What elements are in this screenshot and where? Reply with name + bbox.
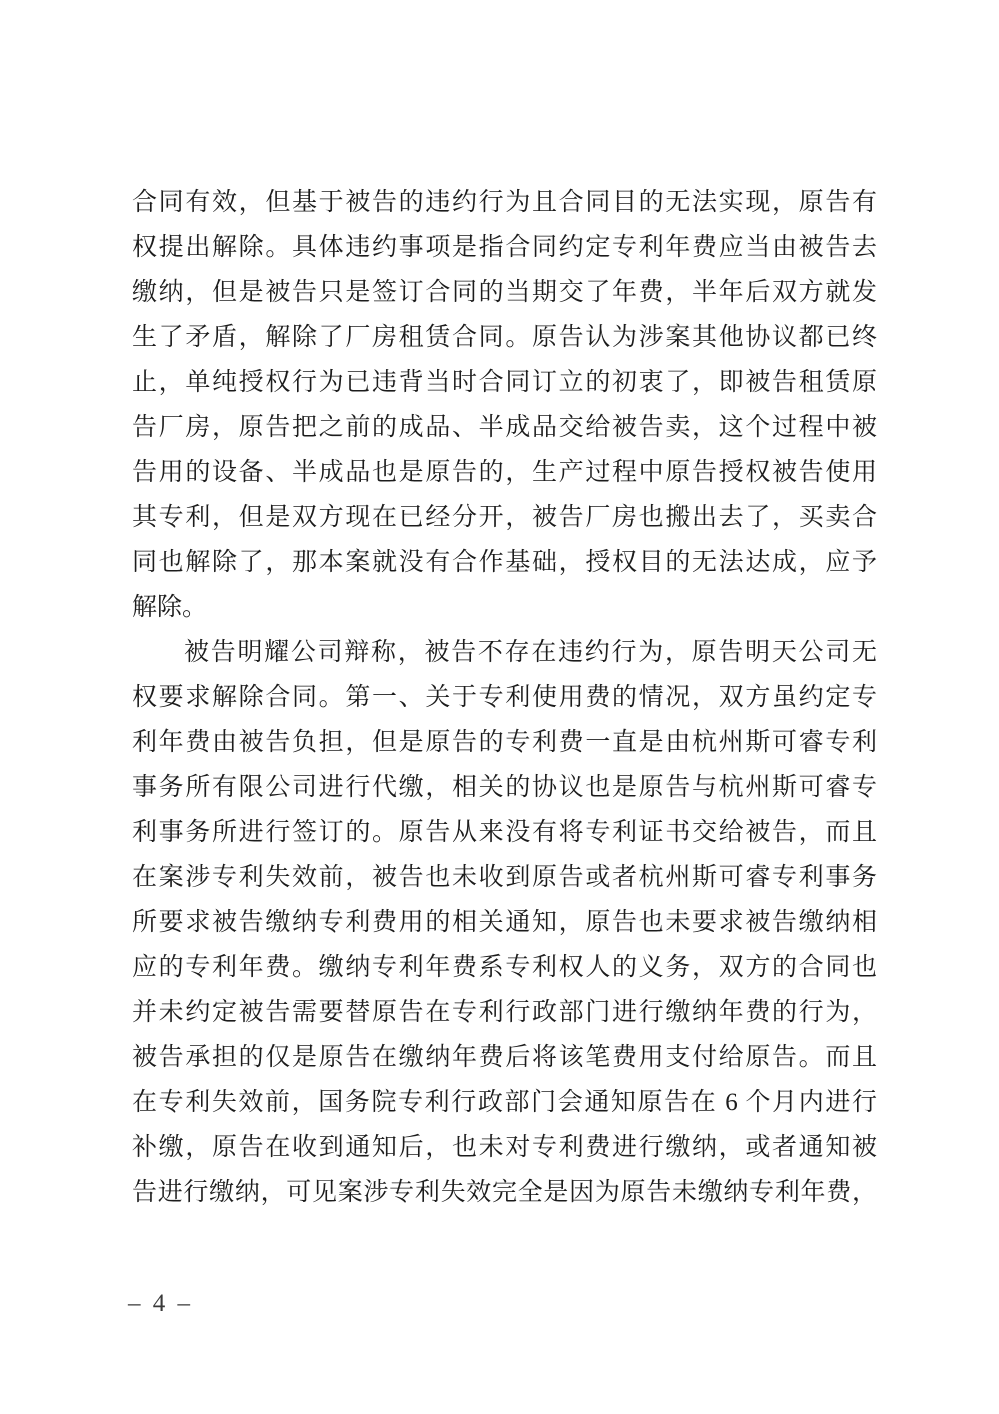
document-line: 告用的设备、半成品也是原告的，生产过程中原告授权被告使用 bbox=[132, 450, 877, 495]
document-line: 同也解除了，那本案就没有合作基础，授权目的无法达成，应予 bbox=[132, 540, 877, 585]
document-line: 在案涉专利失效前，被告也未收到原告或者杭州斯可睿专利事务 bbox=[132, 855, 877, 900]
document-line: 在专利失效前，国务院专利行政部门会通知原告在 6 个月内进行 bbox=[132, 1080, 877, 1125]
document-line: 权提出解除。具体违约事项是指合同约定专利年费应当由被告去 bbox=[132, 225, 877, 270]
document-line: 权要求解除合同。第一、关于专利使用费的情况，双方虽约定专 bbox=[132, 675, 877, 720]
document-line: 其专利，但是双方现在已经分开，被告厂房也搬出去了，买卖合 bbox=[132, 495, 877, 540]
document-line: 止，单纯授权行为已违背当时合同订立的初衷了，即被告租赁原 bbox=[132, 360, 877, 405]
document-page: 合同有效，但基于被告的违约行为且合同目的无法实现，原告有 权提出解除。具体违约事… bbox=[0, 0, 999, 1414]
document-line: 生了矛盾，解除了厂房租赁合同。原告认为涉案其他协议都已终 bbox=[132, 315, 877, 360]
document-line: 合同有效，但基于被告的违约行为且合同目的无法实现，原告有 bbox=[132, 180, 877, 225]
document-text-block: 合同有效，但基于被告的违约行为且合同目的无法实现，原告有 权提出解除。具体违约事… bbox=[132, 180, 877, 1215]
document-line: 告厂房，原告把之前的成品、半成品交给被告卖，这个过程中被 bbox=[132, 405, 877, 450]
document-line: 利事务所进行签订的。原告从来没有将专利证书交给被告，而且 bbox=[132, 810, 877, 855]
document-line: 所要求被告缴纳专利费用的相关通知，原告也未要求被告缴纳相 bbox=[132, 900, 877, 945]
document-line: 补缴，原告在收到通知后，也未对专利费进行缴纳，或者通知被 bbox=[132, 1125, 877, 1170]
document-line: 缴纳，但是被告只是签订合同的当期交了年费，半年后双方就发 bbox=[132, 270, 877, 315]
document-line: 告进行缴纳，可见案涉专利失效完全是因为原告未缴纳专利年费， bbox=[132, 1170, 877, 1215]
page-number: – 4 – bbox=[128, 1288, 193, 1320]
document-line: 被告承担的仅是原告在缴纳年费后将该笔费用支付给原告。而且 bbox=[132, 1035, 877, 1080]
document-line: 事务所有限公司进行代缴，相关的协议也是原告与杭州斯可睿专 bbox=[132, 765, 877, 810]
document-line: 应的专利年费。缴纳专利年费系专利权人的义务，双方的合同也 bbox=[132, 945, 877, 990]
document-line-paragraph-start: 被告明耀公司辩称，被告不存在违约行为，原告明天公司无 bbox=[132, 630, 877, 675]
document-line: 并未约定被告需要替原告在专利行政部门进行缴纳年费的行为， bbox=[132, 990, 877, 1035]
document-line: 解除。 bbox=[132, 585, 877, 630]
document-line: 利年费由被告负担，但是原告的专利费一直是由杭州斯可睿专利 bbox=[132, 720, 877, 765]
